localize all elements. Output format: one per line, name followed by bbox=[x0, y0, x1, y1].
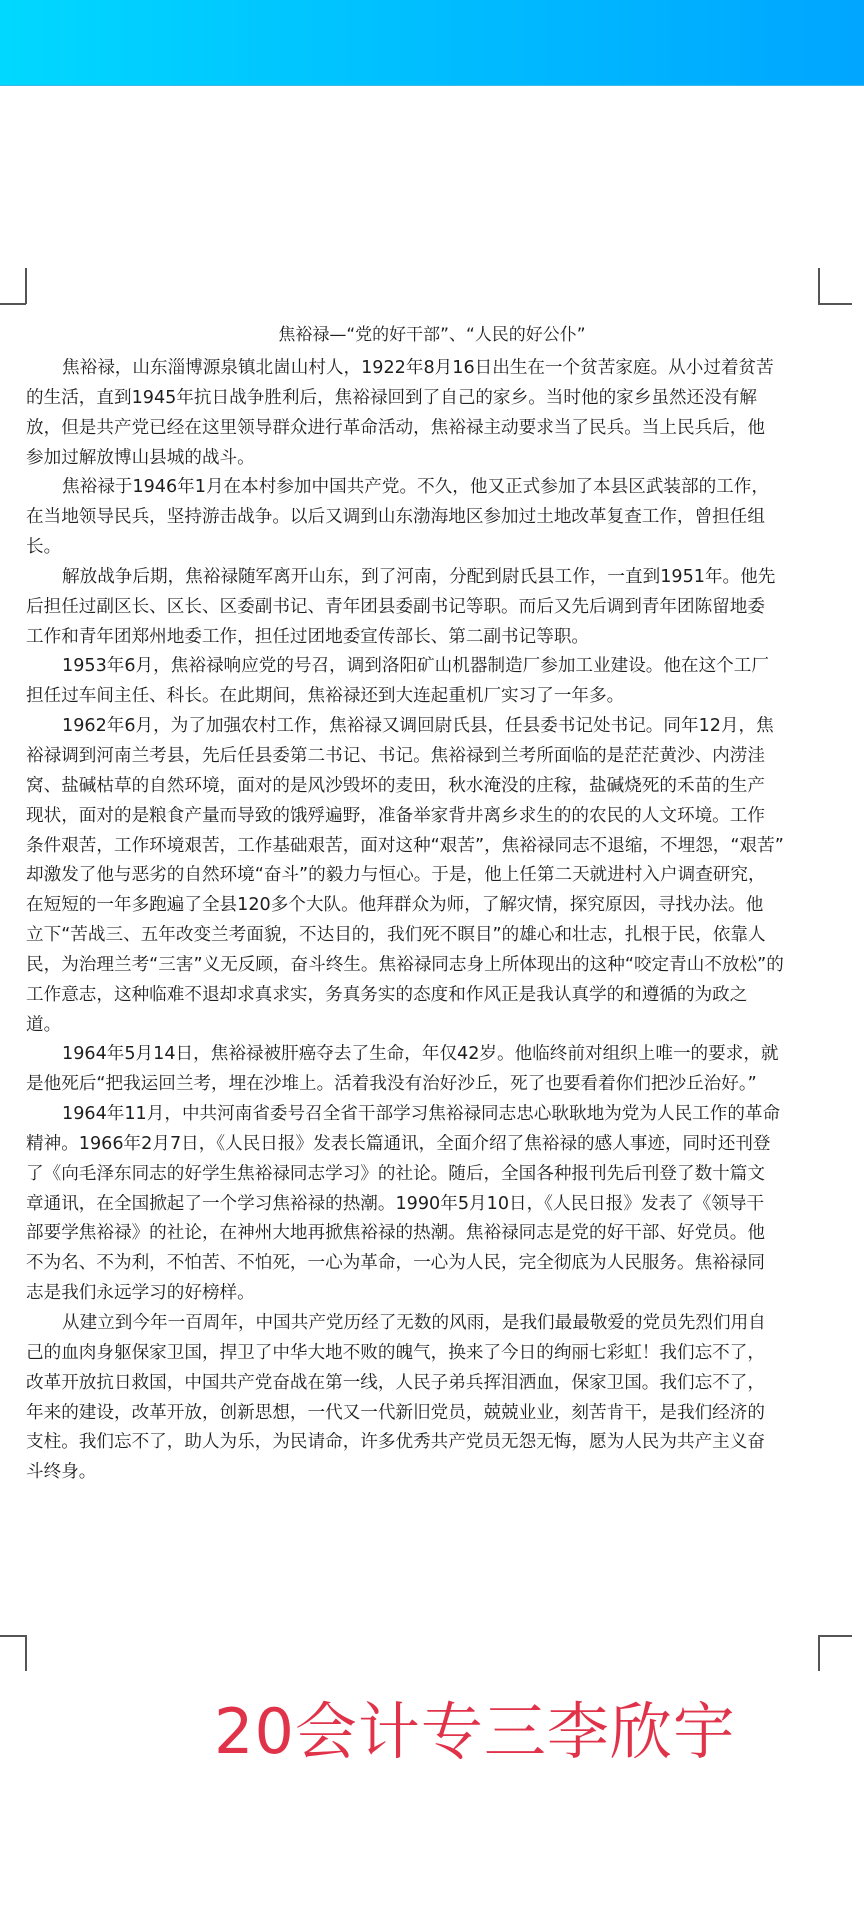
text-line: 部要学焦裕禄》的社论，在神州大地再掀焦裕禄的热潮。焦裕禄同志是党的好干部、好党员… bbox=[26, 1219, 826, 1249]
paragraph: 焦裕禄于1946年1月在本村参加中国共产党。不久，他又正式参加了本县区武装部的工… bbox=[26, 473, 826, 563]
document-body: 焦裕禄，山东淄博源泉镇北崮山村人，1922年8月16日出生在一个贫苦家庭。从小过… bbox=[26, 354, 826, 1488]
text-line: 支柱。我们忘不了，助人为乐，为民请命，许多优秀共产党员无怨无悔，愿为人民为共产主… bbox=[26, 1428, 826, 1458]
text-line: 是他死后“把我运回兰考，埋在沙堆上。活着我没有治好沙丘，死了也要看着你们把沙丘治… bbox=[26, 1070, 826, 1100]
top-header-bar bbox=[0, 0, 864, 86]
document-title: 焦裕禄—“党的好干部”、“人民的好公仆” bbox=[0, 320, 864, 350]
paragraph: 1964年5月14日，焦裕禄被肝癌夺去了生命，年仅42岁。他临终前对组织上唯一的… bbox=[26, 1040, 826, 1100]
text-line: 焦裕禄于1946年1月在本村参加中国共产党。不久，他又正式参加了本县区武装部的工… bbox=[26, 473, 826, 503]
text-line: 1964年11月，中共河南省委号召全省干部学习焦裕禄同志忠心耿耿地为党为人民工作… bbox=[26, 1100, 826, 1130]
text-line: 不为名、不为利，不怕苦、不怕死，一心为革命，一心为人民，完全彻底为人民服务。焦裕… bbox=[26, 1249, 826, 1279]
paragraph: 1953年6月，焦裕禄响应党的号召，调到洛阳矿山机器制造厂参加工业建设。他在这个… bbox=[26, 652, 826, 712]
text-line: 在短短的一年多跑遍了全县120多个大队。他拜群众为师，了解灾情，探究原因，寻找办… bbox=[26, 891, 826, 921]
text-line: 放，但是共产党已经在这里领导群众进行革命活动，焦裕禄主动要求当了民兵。当上民兵后… bbox=[26, 414, 826, 444]
text-line: 志是我们永远学习的好榜样。 bbox=[26, 1279, 826, 1309]
text-line: 从建立到今年一百周年，中国共产党历经了无数的风雨，是我们最最敬爱的党员先烈们用自 bbox=[26, 1309, 826, 1339]
paragraph: 解放战争后期，焦裕禄随军离开山东，到了河南，分配到尉氏县工作，一直到1951年。… bbox=[26, 563, 826, 653]
text-line: 裕禄调到河南兰考县，先后任县委第二书记、书记。焦裕禄到兰考所面临的是茫茫黄沙、内… bbox=[26, 742, 826, 772]
text-line: 现状，面对的是粮食产量而导致的饿殍遍野，准备举家背井离乡求生的的农民的人文环境。… bbox=[26, 802, 826, 832]
text-line: 参加过解放博山县城的战斗。 bbox=[26, 444, 826, 474]
text-line: 斗终身。 bbox=[26, 1458, 826, 1488]
text-line: 窝、盐碱枯草的自然环境，面对的是风沙毁坏的麦田，秋水淹没的庄稼，盐碱烧死的禾苗的… bbox=[26, 772, 826, 802]
text-line: 道。 bbox=[26, 1011, 826, 1041]
text-line: 却激发了他与恶劣的自然环境“奋斗”的毅力与恒心。于是，他上任第二天就进村入户调查… bbox=[26, 861, 826, 891]
text-line: 解放战争后期，焦裕禄随军离开山东，到了河南，分配到尉氏县工作，一直到1951年。… bbox=[26, 563, 826, 593]
text-line: 条件艰苦，工作环境艰苦，工作基础艰苦，面对这种“艰苦”，焦裕禄同志不退缩，不埋怨… bbox=[26, 832, 826, 862]
text-line: 长。 bbox=[26, 533, 826, 563]
text-line: 1962年6月，为了加强农村工作，焦裕禄又调回尉氏县，任县委书记处书记。同年12… bbox=[26, 712, 826, 742]
author-signature: 20会计专三李欣宇 bbox=[214, 1692, 736, 1772]
text-line: 工作和青年团郑州地委工作，担任过团地委宣传部长、第二副书记等职。 bbox=[26, 623, 826, 653]
text-line: 改革开放抗日救国，中国共产党奋战在第一线，人民子弟兵挥泪洒血，保家卫国。我们忘不… bbox=[26, 1369, 826, 1399]
text-line: 精神。1966年2月7日，《人民日报》发表长篇通讯，全面介绍了焦裕禄的感人事迹，… bbox=[26, 1130, 826, 1160]
text-line: 了《向毛泽东同志的好学生焦裕禄同志学习》的社论。随后，全国各种报刊先后刊登了数十… bbox=[26, 1160, 826, 1190]
text-line: 的生活，直到1945年抗日战争胜利后，焦裕禄回到了自己的家乡。当时他的家乡虽然还… bbox=[26, 384, 826, 414]
text-line: 民，为治理兰考“三害”义无反顾，奋斗终生。焦裕禄同志身上所体现出的这种“咬定青山… bbox=[26, 951, 826, 981]
text-line: 1953年6月，焦裕禄响应党的号召，调到洛阳矿山机器制造厂参加工业建设。他在这个… bbox=[26, 652, 826, 682]
text-line: 章通讯，在全国掀起了一个学习焦裕禄的热潮。1990年5月10日，《人民日报》发表… bbox=[26, 1190, 826, 1220]
text-line: 工作意志，这种临难不退却求真求实，务真务实的态度和作风正是我认真学的和遵循的为政… bbox=[26, 981, 826, 1011]
text-line: 担任过车间主任、科长。在此期间，焦裕禄还到大连起重机厂实习了一年多。 bbox=[26, 682, 826, 712]
text-line: 己的血肉身躯保家卫国，捍卫了中华大地不败的魄气，换来了今日的绚丽七彩虹！我们忘不… bbox=[26, 1339, 826, 1369]
paragraph: 从建立到今年一百周年，中国共产党历经了无数的风雨，是我们最最敬爱的党员先烈们用自… bbox=[26, 1309, 826, 1488]
text-line: 在当地领导民兵，坚持游击战争。以后又调到山东渤海地区参加过土地改革复查工作，曾担… bbox=[26, 503, 826, 533]
text-line: 后担任过副区长、区长、区委副书记、青年团县委副书记等职。而后又先后调到青年团陈留… bbox=[26, 593, 826, 623]
paragraph: 焦裕禄，山东淄博源泉镇北崮山村人，1922年8月16日出生在一个贫苦家庭。从小过… bbox=[26, 354, 826, 473]
text-line: 焦裕禄，山东淄博源泉镇北崮山村人，1922年8月16日出生在一个贫苦家庭。从小过… bbox=[26, 354, 826, 384]
text-line: 立下“苦战三、五年改变兰考面貌，不达目的，我们死不瞑目”的雄心和壮志，扎根于民，… bbox=[26, 921, 826, 951]
paragraph: 1962年6月，为了加强农村工作，焦裕禄又调回尉氏县，任县委书记处书记。同年12… bbox=[26, 712, 826, 1040]
text-line: 年来的建设，改革开放，创新思想，一代又一代新旧党员，兢兢业业，刻苦肯干，是我们经… bbox=[26, 1399, 826, 1429]
paragraph: 1964年11月，中共河南省委号召全省干部学习焦裕禄同志忠心耿耿地为党为人民工作… bbox=[26, 1100, 826, 1309]
text-line: 1964年5月14日，焦裕禄被肝癌夺去了生命，年仅42岁。他临终前对组织上唯一的… bbox=[26, 1040, 826, 1070]
